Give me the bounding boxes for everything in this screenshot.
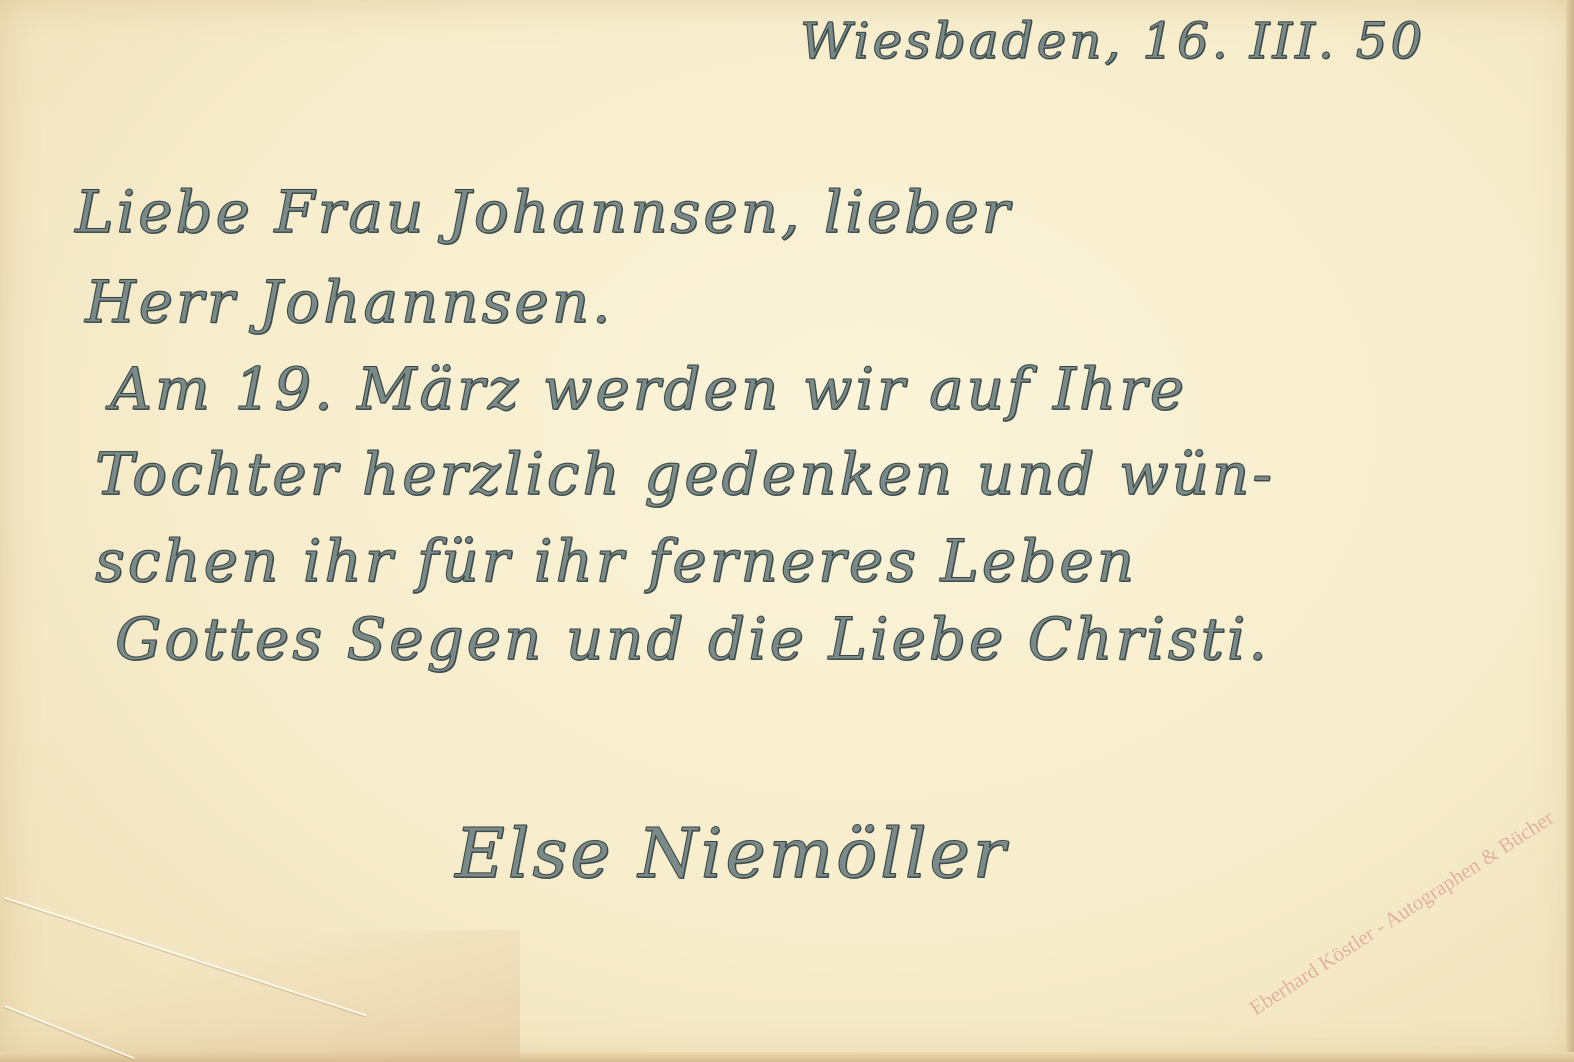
body-line: schen ihr für ihr ferneres Leben: [95, 527, 1137, 595]
body-line: Gottes Segen und die Liebe Christi.: [115, 605, 1270, 673]
paper-edge-right: [1566, 0, 1574, 1062]
worn-corner: [0, 930, 520, 1062]
watermark: Eberhard Köstler - Autographen & Bücher: [1245, 805, 1558, 1021]
place-date: Wiesbaden, 16. III. 50: [800, 12, 1425, 70]
letter-card: Wiesbaden, 16. III. 50 Liebe Frau Johann…: [0, 0, 1574, 1062]
salutation-line: Herr Johannsen.: [85, 268, 613, 336]
body-line: Am 19. März werden wir auf Ihre: [110, 355, 1187, 423]
salutation-line: Liebe Frau Johannsen, lieber: [75, 178, 1012, 246]
body-line: Tochter herzlich gedenken und wün-: [95, 440, 1275, 508]
signature: Else Niemöller: [455, 815, 1008, 894]
